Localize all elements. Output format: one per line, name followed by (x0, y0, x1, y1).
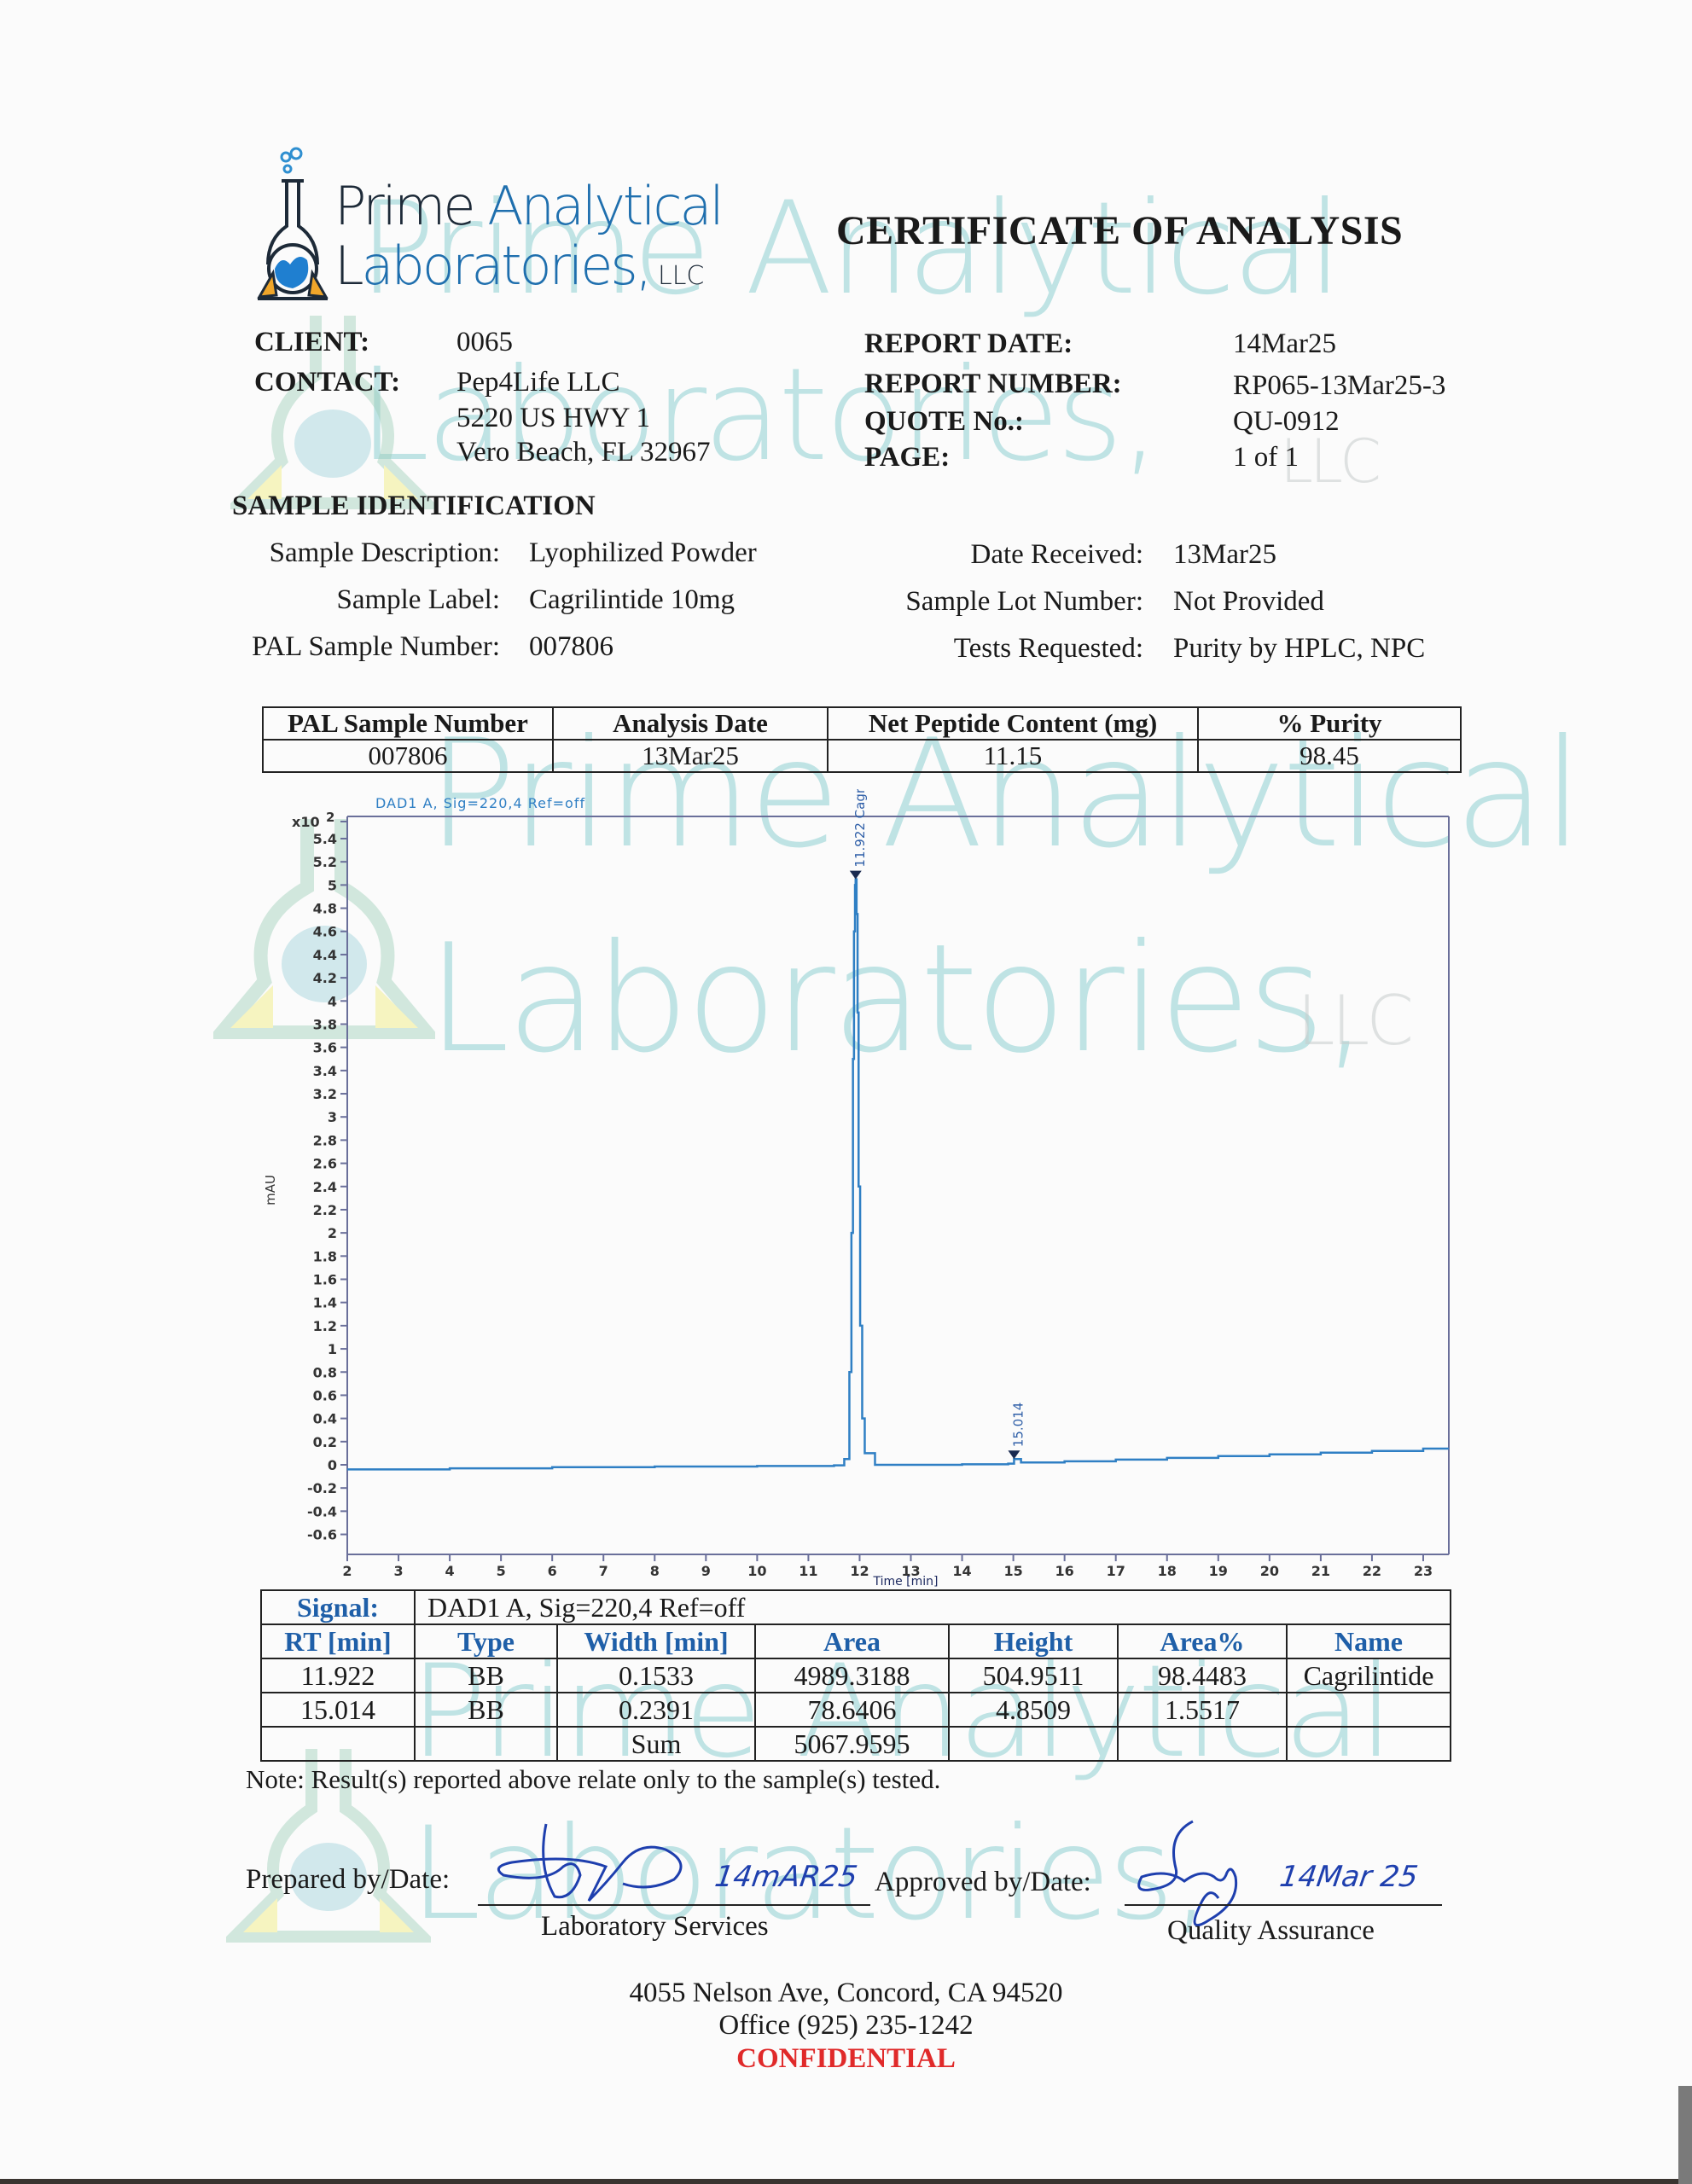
pal-sample-number-label: PAL Sample Number: (252, 631, 500, 663)
svg-text:2: 2 (328, 1225, 337, 1241)
svg-text:1: 1 (328, 1341, 337, 1357)
empty-cell (1118, 1727, 1287, 1761)
svg-text:4.8: 4.8 (313, 901, 337, 917)
peak-height: 4.8509 (949, 1693, 1118, 1727)
svg-text:4.4: 4.4 (313, 947, 337, 963)
report-number-label: REPORT NUMBER: (864, 369, 1122, 400)
pal-sample-number-value: 007806 (529, 631, 613, 663)
summary-net-peptide-value: 11.15 (828, 740, 1198, 772)
svg-text:2.2: 2.2 (313, 1202, 337, 1218)
svg-text:3.2: 3.2 (313, 1086, 337, 1102)
prepared-by-signature (495, 1815, 717, 1909)
peak-type: BB (415, 1658, 557, 1693)
svg-text:6: 6 (548, 1563, 557, 1579)
peak-width: 0.2391 (557, 1693, 755, 1727)
prepared-signature-line (478, 1904, 870, 1906)
results-summary-table: PAL Sample Number Analysis Date Net Pept… (262, 706, 1462, 773)
svg-text:2.6: 2.6 (313, 1156, 337, 1172)
svg-text:1.8: 1.8 (313, 1248, 337, 1264)
approved-signature-line (1125, 1904, 1442, 1906)
peak-area-percent: 98.4483 (1118, 1658, 1287, 1693)
summary-pal-value: 007806 (263, 740, 553, 772)
svg-text:22: 22 (1363, 1563, 1381, 1579)
svg-text:0.6: 0.6 (313, 1387, 337, 1403)
table-row: 007806 13Mar25 11.15 98.45 (263, 740, 1461, 772)
svg-text:5: 5 (328, 877, 337, 893)
svg-text:0.4: 0.4 (313, 1411, 337, 1427)
svg-text:2.4: 2.4 (313, 1179, 337, 1195)
peak-header-area-percent: Area% (1118, 1624, 1287, 1658)
summary-purity-value: 98.45 (1198, 740, 1461, 772)
report-date-label: REPORT DATE: (864, 328, 1073, 360)
approved-role: Quality Assurance (1167, 1915, 1375, 1947)
svg-text:0.2: 0.2 (313, 1434, 337, 1450)
table-row: 15.014 BB 0.2391 78.6406 4.8509 1.5517 (261, 1693, 1451, 1727)
peak-area: 78.6406 (755, 1693, 949, 1727)
tests-requested-value: Purity by HPLC, NPC (1173, 633, 1425, 665)
quote-value: QU-0912 (1233, 406, 1340, 438)
summary-header-pal: PAL Sample Number (263, 707, 553, 740)
svg-text:1.4: 1.4 (313, 1295, 337, 1311)
peak-type: BB (415, 1693, 557, 1727)
summary-analysis-date-value: 13Mar25 (553, 740, 828, 772)
svg-text:3: 3 (393, 1563, 403, 1579)
svg-text:3: 3 (328, 1109, 337, 1125)
peak-header-row: RT [min] Type Width [min] Area Height Ar… (261, 1624, 1451, 1658)
svg-text:15: 15 (1003, 1563, 1022, 1579)
page-label: PAGE: (864, 442, 950, 473)
peak-header-width: Width [min] (557, 1624, 755, 1658)
approved-date: 14Mar 25 (1277, 1860, 1420, 1894)
scan-edge-bottom (0, 2179, 1692, 2184)
signal-value: DAD1 A, Sig=220,4 Ref=off (415, 1590, 1451, 1624)
svg-text:1.6: 1.6 (313, 1272, 337, 1288)
sum-row: Sum 5067.9595 (261, 1727, 1451, 1761)
contact-line-3: Vero Beach, FL 32967 (456, 437, 711, 468)
page-value: 1 of 1 (1233, 442, 1299, 473)
sample-label-value: Cagrilintide 10mg (529, 584, 735, 616)
svg-text:15.014: 15.014 (1010, 1403, 1026, 1448)
chromatogram-chart: DAD1 A, Sig=220,4 Ref=off-0.6-0.4-0.200.… (256, 789, 1468, 1587)
peak-header-name: Name (1287, 1624, 1451, 1658)
svg-text:x10: x10 (292, 814, 320, 830)
confidential-label: CONFIDENTIAL (0, 2043, 1692, 2075)
svg-text:Time [min]: Time [min] (872, 1575, 938, 1587)
logo-text-line2: Laboratories, LLC (334, 235, 704, 297)
peak-area-percent: 1.5517 (1118, 1693, 1287, 1727)
svg-text:-0.4: -0.4 (307, 1503, 337, 1519)
quote-label: QUOTE No.: (864, 406, 1024, 438)
approved-by-label: Approved by/Date: (875, 1867, 1091, 1898)
svg-text:4.2: 4.2 (313, 970, 337, 986)
summary-header-row: PAL Sample Number Analysis Date Net Pept… (263, 707, 1461, 740)
svg-text:4: 4 (328, 993, 337, 1009)
results-note: Note: Result(s) reported above relate on… (246, 1764, 940, 1795)
footer-address: 4055 Nelson Ave, Concord, CA 94520 (0, 1978, 1692, 2009)
sample-identification-title: SAMPLE IDENTIFICATION (232, 491, 596, 522)
svg-text:DAD1 A, Sig=220,4 Ref=off: DAD1 A, Sig=220,4 Ref=off (375, 795, 585, 811)
peak-table: Signal: DAD1 A, Sig=220,4 Ref=off RT [mi… (260, 1589, 1451, 1762)
svg-text:3.4: 3.4 (313, 1063, 337, 1079)
report-number-value: RP065-13Mar25-3 (1233, 370, 1445, 402)
contact-line-2: 5220 US HWY 1 (456, 403, 650, 434)
svg-text:11.922 Cagrilintide: 11.922 Cagrilintide (852, 789, 868, 868)
svg-text:1.2: 1.2 (313, 1318, 337, 1334)
svg-text:8: 8 (650, 1563, 660, 1579)
svg-text:3.6: 3.6 (313, 1040, 337, 1056)
logo-text-line1: Prime Analytical (334, 175, 722, 237)
empty-cell (1287, 1727, 1451, 1761)
contact-label: CONTACT: (254, 367, 400, 398)
svg-text:2: 2 (342, 1563, 352, 1579)
empty-cell (949, 1727, 1118, 1761)
client-value: 0065 (456, 327, 513, 358)
svg-text:4: 4 (445, 1563, 455, 1579)
table-row: 11.922 BB 0.1533 4989.3188 504.9511 98.4… (261, 1658, 1451, 1693)
sample-description-label: Sample Description: (270, 537, 500, 569)
svg-text:2: 2 (326, 810, 334, 825)
peak-header-rt: RT [min] (261, 1624, 415, 1658)
peak-name (1287, 1693, 1451, 1727)
peak-height: 504.9511 (949, 1658, 1118, 1693)
sample-description-value: Lyophilized Powder (529, 537, 757, 569)
date-received-label: Date Received: (971, 539, 1143, 571)
sample-lot-number-value: Not Provided (1173, 586, 1324, 618)
prepared-date: 14mAR25 (712, 1860, 859, 1894)
peak-header-height: Height (949, 1624, 1118, 1658)
svg-text:3.8: 3.8 (313, 1016, 337, 1032)
chromatogram-plot: DAD1 A, Sig=220,4 Ref=off-0.6-0.4-0.200.… (256, 789, 1468, 1587)
svg-text:0: 0 (328, 1457, 337, 1473)
svg-text:20: 20 (1260, 1563, 1279, 1579)
svg-text:4.6: 4.6 (313, 924, 337, 940)
peak-header-area: Area (755, 1624, 949, 1658)
peak-width: 0.1533 (557, 1658, 755, 1693)
flask-logo-icon (256, 145, 333, 307)
sum-value: 5067.9595 (755, 1727, 949, 1761)
sum-label: Sum (557, 1727, 755, 1761)
svg-text:17: 17 (1107, 1563, 1125, 1579)
scan-edge-right (1678, 2086, 1692, 2184)
summary-header-net-peptide: Net Peptide Content (mg) (828, 707, 1198, 740)
date-received-value: 13Mar25 (1173, 539, 1276, 571)
peak-name: Cagrilintide (1287, 1658, 1451, 1693)
peak-rt: 11.922 (261, 1658, 415, 1693)
signal-label: Signal: (261, 1590, 415, 1624)
svg-text:5.4: 5.4 (313, 831, 337, 847)
empty-cell (261, 1727, 415, 1761)
svg-text:5: 5 (497, 1563, 506, 1579)
tests-requested-label: Tests Requested: (954, 633, 1143, 665)
peak-header-type: Type (415, 1624, 557, 1658)
svg-text:mAU: mAU (263, 1175, 278, 1205)
svg-text:12: 12 (850, 1563, 869, 1579)
svg-text:10: 10 (747, 1563, 766, 1579)
signal-row: Signal: DAD1 A, Sig=220,4 Ref=off (261, 1590, 1451, 1624)
empty-cell (415, 1727, 557, 1761)
svg-text:7: 7 (599, 1563, 608, 1579)
summary-header-analysis-date: Analysis Date (553, 707, 828, 740)
svg-text:19: 19 (1209, 1563, 1228, 1579)
sample-label-label: Sample Label: (336, 584, 500, 616)
document-title: CERTIFICATE OF ANALYSIS (836, 207, 1403, 254)
peak-rt: 15.014 (261, 1693, 415, 1727)
svg-text:-0.6: -0.6 (307, 1527, 337, 1543)
svg-text:21: 21 (1311, 1563, 1330, 1579)
svg-text:14: 14 (952, 1563, 971, 1579)
contact-line-1: Pep4Life LLC (456, 367, 620, 398)
summary-header-purity: % Purity (1198, 707, 1461, 740)
prepared-role: Laboratory Services (541, 1911, 769, 1943)
company-logo: Prime Analytical Laboratories, LLC (256, 145, 666, 307)
svg-text:18: 18 (1158, 1563, 1177, 1579)
prepared-by-label: Prepared by/Date: (246, 1864, 450, 1896)
svg-text:0.8: 0.8 (313, 1364, 337, 1380)
svg-text:2.8: 2.8 (313, 1132, 337, 1148)
svg-text:11: 11 (799, 1563, 817, 1579)
report-date-value: 14Mar25 (1233, 328, 1336, 360)
svg-text:16: 16 (1055, 1563, 1074, 1579)
svg-text:-0.2: -0.2 (307, 1480, 337, 1496)
svg-text:23: 23 (1414, 1563, 1433, 1579)
sample-lot-number-label: Sample Lot Number: (905, 586, 1143, 618)
svg-text:9: 9 (701, 1563, 711, 1579)
peak-area: 4989.3188 (755, 1658, 949, 1693)
client-label: CLIENT: (254, 327, 369, 358)
footer-phone: Office (925) 235-1242 (0, 2010, 1692, 2042)
svg-text:5.2: 5.2 (313, 854, 337, 870)
